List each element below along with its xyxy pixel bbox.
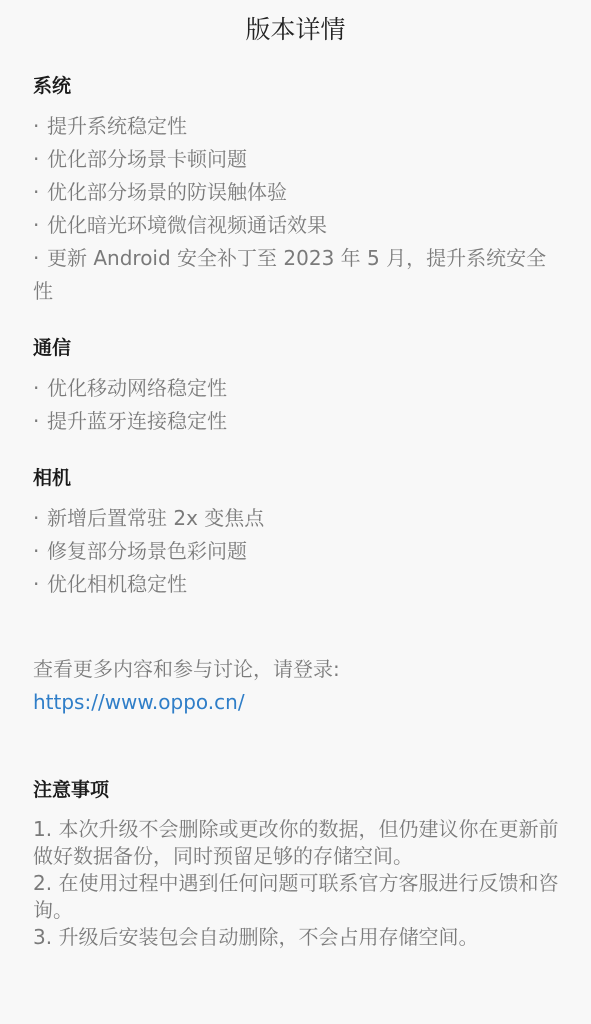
notice-item: 2. 在使用过程中遇到任何问题可联系官方客服进行反馈和咨询。 [33, 870, 563, 924]
section-title: 系统 [33, 72, 563, 100]
bullet-icon: · [33, 535, 47, 568]
section-title: 相机 [33, 464, 563, 492]
oppo-website-link[interactable]: https://www.oppo.cn/ [33, 686, 563, 718]
bullet-icon: · [33, 502, 47, 535]
section-title: 通信 [33, 334, 563, 362]
notice-title: 注意事项 [33, 776, 563, 804]
list-item: ·优化部分场景卡顿问题 [33, 143, 563, 176]
bullet-icon: · [33, 209, 47, 242]
bullet-icon: · [33, 372, 47, 405]
change-list: ·新增后置常驻 2x 变焦点 ·修复部分场景色彩问题 ·优化相机稳定性 [33, 502, 563, 601]
page-title: 版本详情 [0, 10, 591, 50]
notice-item: 3. 升级后安装包会自动删除，不会占用存储空间。 [33, 924, 563, 951]
list-item: ·更新 Android 安全补丁至 2023 年 5 月，提升系统安全性 [33, 242, 563, 308]
bullet-icon: · [33, 405, 47, 438]
change-list: ·提升系统稳定性 ·优化部分场景卡顿问题 ·优化部分场景的防误触体验 ·优化暗光… [33, 110, 563, 308]
notice-item: 1. 本次升级不会删除或更改你的数据，但仍建议你在更新前做好数据备份，同时预留足… [33, 816, 563, 870]
list-item: ·优化暗光环境微信视频通话效果 [33, 209, 563, 242]
list-item: ·新增后置常驻 2x 变焦点 [33, 502, 563, 535]
bullet-icon: · [33, 143, 47, 176]
list-item: ·优化相机稳定性 [33, 568, 563, 601]
release-notes: 系统 ·提升系统稳定性 ·优化部分场景卡顿问题 ·优化部分场景的防误触体验 ·优… [33, 72, 563, 951]
section-camera: 相机 ·新增后置常驻 2x 变焦点 ·修复部分场景色彩问题 ·优化相机稳定性 [33, 464, 563, 601]
list-item: ·提升蓝牙连接稳定性 [33, 405, 563, 438]
list-item: ·优化移动网络稳定性 [33, 372, 563, 405]
list-item: ·优化部分场景的防误触体验 [33, 176, 563, 209]
list-item: ·修复部分场景色彩问题 [33, 535, 563, 568]
bullet-icon: · [33, 176, 47, 209]
bullet-icon: · [33, 568, 47, 601]
notice-section: 注意事项 1. 本次升级不会删除或更改你的数据，但仍建议你在更新前做好数据备份，… [33, 776, 563, 951]
bullet-icon: · [33, 242, 47, 275]
section-system: 系统 ·提升系统稳定性 ·优化部分场景卡顿问题 ·优化部分场景的防误触体验 ·优… [33, 72, 563, 308]
section-communication: 通信 ·优化移动网络稳定性 ·提升蓝牙连接稳定性 [33, 334, 563, 438]
more-info-text: 查看更多内容和参与讨论，请登录: [33, 653, 563, 686]
list-item: ·提升系统稳定性 [33, 110, 563, 143]
version-details-page: 版本详情 系统 ·提升系统稳定性 ·优化部分场景卡顿问题 ·优化部分场景的防误触… [0, 0, 591, 1024]
bullet-icon: · [33, 110, 47, 143]
change-list: ·优化移动网络稳定性 ·提升蓝牙连接稳定性 [33, 372, 563, 438]
